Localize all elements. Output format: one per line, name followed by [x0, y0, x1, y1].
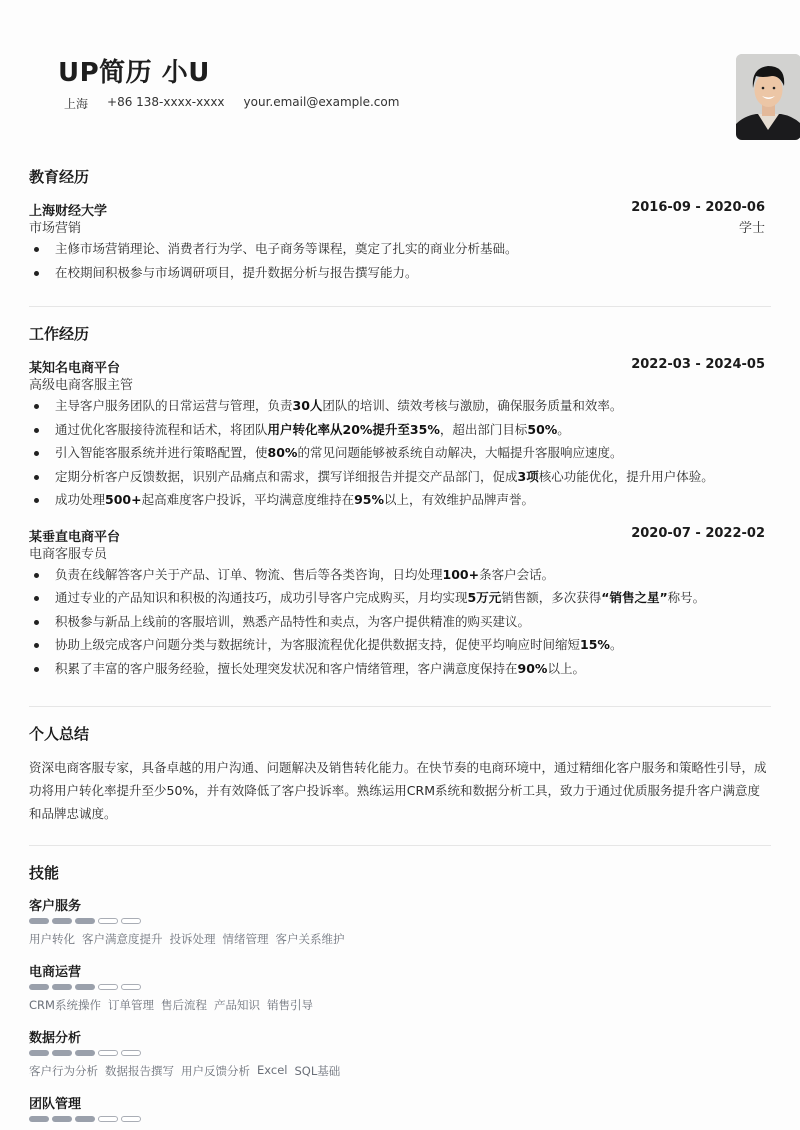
work-bullets: 负责在线解答客户关于产品、订单、物流、售后等各类咨询，日均处理100+条客户会话… [29, 563, 771, 681]
list-item: 在校期间积极参与市场调研项目，提升数据分析与报告撰写能力。 [29, 261, 771, 285]
list-item: 负责在线解答客户关于产品、订单、物流、售后等各类咨询，日均处理100+条客户会话… [29, 563, 771, 587]
level-segment-empty [121, 1116, 141, 1122]
skill-tag: 客户满意度提升 [82, 931, 163, 947]
section-title-skills: 技能 [29, 862, 771, 883]
bullet-text: 积极参与新品上线前的客服培训，熟悉产品特性和卖点，为客户提供精准的购买建议。 [55, 614, 530, 629]
section-divider [29, 306, 771, 307]
level-segment-empty [98, 1050, 118, 1056]
bullet-text: 引入智能客服系统并进行策略配置，使 [55, 445, 268, 460]
location: 上海 [64, 95, 88, 112]
skills-section: 技能 客户服务用户转化客户满意度提升投诉处理情绪管理客户关系维护电商运营CRM系… [29, 862, 771, 1130]
education-bullets: 主修市场营销理论、消费者行为学、电子商务等课程，奠定了扎实的商业分析基础。 在校… [29, 237, 771, 284]
bullet-text: 核心功能优化，提升用户体验。 [539, 469, 714, 484]
level-segment-filled [29, 1116, 49, 1122]
skill-name: 电商运营 [29, 961, 771, 979]
highlight-text: 100+ [443, 567, 480, 582]
level-segment-filled [52, 984, 72, 990]
bullet-text: 通过优化客服接待流程和话术，将团队 [55, 422, 268, 437]
level-segment-filled [52, 1116, 72, 1122]
highlight-text: 90% [518, 661, 548, 676]
bullet-text: 团队的培训、绩效考核与激励，确保服务质量和效率。 [322, 398, 622, 413]
contact-info: 上海 +86 138-xxxx-xxxx your.email@example.… [64, 95, 399, 112]
bullet-text: 协助上级完成客户问题分类与数据统计，为客服流程优化提供数据支持，促使平均响应时间… [55, 637, 580, 652]
section-divider [29, 845, 771, 846]
bullet-text: 通过专业的产品知识和积极的沟通技巧，成功引导客户完成购买，月均实现 [55, 590, 468, 605]
job-title: 高级电商客服主管 [29, 378, 133, 393]
education-section: 教育经历 上海财经大学 2016-09 - 2020-06 市场营销 学士 主修… [29, 166, 771, 284]
skill-tag: 客户行为分析 [29, 1063, 98, 1079]
skill-tag: 情绪管理 [223, 931, 269, 947]
education-date: 2016-09 - 2020-06 [631, 200, 765, 215]
level-segment-filled [75, 1050, 95, 1056]
highlight-text: 15% [580, 637, 610, 652]
resume-page: UP简历 小U 上海 +86 138-xxxx-xxxx your.email@… [0, 0, 800, 1130]
level-segment-empty [98, 918, 118, 924]
highlight-text: 500+ [105, 492, 142, 507]
skill-tag: 订单管理 [108, 997, 154, 1013]
highlight-text: 3项 [518, 469, 539, 484]
level-segment-empty [121, 1050, 141, 1056]
phone: +86 138-xxxx-xxxx [107, 95, 225, 112]
work-section: 工作经历 某知名电商平台 2022-03 - 2024-05 高级电商客服主管 … [29, 323, 771, 680]
major: 市场营销 [29, 221, 81, 236]
list-item: 成功处理500+起高难度客户投诉，平均满意度维持在95%以上，有效维护品牌声誉。 [29, 488, 771, 512]
level-segment-filled [29, 984, 49, 990]
bullet-text: 。 [610, 637, 623, 652]
skill-tag: Excel [257, 1063, 287, 1079]
list-item: 协助上级完成客户问题分类与数据统计，为客服流程优化提供数据支持，促使平均响应时间… [29, 633, 771, 657]
bullet-text: 主导客户服务团队的日常运营与管理，负责 [55, 398, 293, 413]
list-item: 定期分析客户反馈数据，识别产品痛点和需求，撰写详细报告并提交产品部门，促成3项核… [29, 465, 771, 489]
highlight-text: 用户转化率从20%提升至35% [268, 422, 440, 437]
skill-tag: 用户反馈分析 [181, 1063, 250, 1079]
email: your.email@example.com [244, 95, 400, 112]
skill-level-bar [29, 1116, 771, 1123]
bullet-text: 。 [557, 422, 570, 437]
bullet-text: ，超出部门目标 [440, 422, 528, 437]
work-date: 2022-03 - 2024-05 [631, 357, 765, 372]
bullet-text: 条客户会话。 [479, 567, 554, 582]
skill-tag: 销售引导 [267, 997, 313, 1013]
bullet-text: 起高难度客户投诉，平均满意度维持在 [142, 492, 355, 507]
highlight-text: 80% [268, 445, 298, 460]
level-segment-filled [75, 984, 95, 990]
skill-tags: 客户行为分析数据报告撰写用户反馈分析ExcelSQL基础 [29, 1063, 771, 1079]
skill-tag: CRM系统操作 [29, 997, 101, 1013]
highlight-text: 95% [354, 492, 384, 507]
skill-item: 团队管理 [29, 1093, 771, 1130]
skill-level-bar [29, 984, 771, 991]
work-bullets: 主导客户服务团队的日常运营与管理，负责30人团队的培训、绩效考核与激励，确保服务… [29, 394, 771, 512]
summary-section: 个人总结 资深电商客服专家，具备卓越的用户沟通、问题解决及销售转化能力。在快节奏… [29, 723, 771, 825]
skill-level-bar [29, 918, 771, 925]
level-segment-empty [121, 918, 141, 924]
bullet-text: 以上，有效维护品牌声誉。 [384, 492, 534, 507]
resume-header: UP简历 小U 上海 +86 138-xxxx-xxxx your.email@… [29, 0, 771, 150]
candidate-name: UP简历 小U [58, 52, 210, 89]
section-divider [29, 706, 771, 707]
skill-tags: 用户转化客户满意度提升投诉处理情绪管理客户关系维护 [29, 931, 771, 947]
skill-tag: 产品知识 [214, 997, 260, 1013]
skill-tag: 数据报告撰写 [105, 1063, 174, 1079]
level-segment-empty [121, 984, 141, 990]
education-entry: 上海财经大学 2016-09 - 2020-06 市场营销 学士 主修市场营销理… [29, 200, 771, 284]
highlight-text: 5万元 [468, 590, 502, 605]
level-segment-filled [29, 918, 49, 924]
section-title-work: 工作经历 [29, 323, 771, 344]
bullet-text: 定期分析客户反馈数据，识别产品痛点和需求，撰写详细报告并提交产品部门，促成 [55, 469, 518, 484]
skills-list: 客户服务用户转化客户满意度提升投诉处理情绪管理客户关系维护电商运营CRM系统操作… [29, 895, 771, 1130]
list-item: 通过优化客服接待流程和话术，将团队用户转化率从20%提升至35%，超出部门目标5… [29, 418, 771, 442]
skill-item: 电商运营CRM系统操作订单管理售后流程产品知识销售引导 [29, 961, 771, 1027]
section-title-summary: 个人总结 [29, 723, 771, 744]
portrait-icon [736, 54, 800, 140]
bullet-text: 负责在线解答客户关于产品、订单、物流、售后等各类咨询，日均处理 [55, 567, 443, 582]
section-title-education: 教育经历 [29, 166, 771, 187]
skill-item: 客户服务用户转化客户满意度提升投诉处理情绪管理客户关系维护 [29, 895, 771, 961]
profile-photo [736, 54, 800, 140]
list-item: 积累了丰富的客户服务经验，擅长处理突发状况和客户情绪管理，客户满意度保持在90%… [29, 657, 771, 681]
skill-tag: 售后流程 [161, 997, 207, 1013]
skill-name: 数据分析 [29, 1027, 771, 1045]
skill-name: 团队管理 [29, 1093, 771, 1111]
work-date: 2020-07 - 2022-02 [631, 526, 765, 541]
level-segment-empty [98, 984, 118, 990]
work-entry: 某知名电商平台 2022-03 - 2024-05 高级电商客服主管 主导客户服… [29, 357, 771, 512]
list-item: 主导客户服务团队的日常运营与管理，负责30人团队的培训、绩效考核与激励，确保服务… [29, 394, 771, 418]
bullet-text: 的常见问题能够被系统自动解决，大幅提升客服响应速度。 [297, 445, 622, 460]
level-segment-empty [98, 1116, 118, 1122]
skill-level-bar [29, 1050, 771, 1057]
work-entry: 某垂直电商平台 2020-07 - 2022-02 电商客服专员 负责在线解答客… [29, 526, 771, 681]
highlight-text: 50% [527, 422, 557, 437]
highlight-text: “销售之星” [601, 590, 667, 605]
highlight-text: 30人 [293, 398, 323, 413]
level-segment-filled [52, 918, 72, 924]
list-item: 积极参与新品上线前的客服培训，熟悉产品特性和卖点，为客户提供精准的购买建议。 [29, 610, 771, 634]
job-title: 电商客服专员 [29, 547, 107, 562]
bullet-text: 销售额，多次获得 [501, 590, 601, 605]
list-item: 通过专业的产品知识和积极的沟通技巧，成功引导客户完成购买，月均实现5万元销售额，… [29, 586, 771, 610]
list-item: 引入智能客服系统并进行策略配置，使80%的常见问题能够被系统自动解决，大幅提升客… [29, 441, 771, 465]
skill-tag: 投诉处理 [170, 931, 216, 947]
bullet-text: 成功处理 [55, 492, 105, 507]
skill-tag: 客户关系维护 [276, 931, 345, 947]
skill-tag: 用户转化 [29, 931, 75, 947]
degree: 学士 [739, 217, 765, 236]
level-segment-filled [29, 1050, 49, 1056]
bullet-text: 称号。 [668, 590, 706, 605]
level-segment-filled [52, 1050, 72, 1056]
level-segment-filled [75, 918, 95, 924]
skill-tag: SQL基础 [294, 1063, 340, 1079]
level-segment-filled [75, 1116, 95, 1122]
skill-item: 数据分析客户行为分析数据报告撰写用户反馈分析ExcelSQL基础 [29, 1027, 771, 1093]
skill-tags: CRM系统操作订单管理售后流程产品知识销售引导 [29, 997, 771, 1013]
list-item: 主修市场营销理论、消费者行为学、电子商务等课程，奠定了扎实的商业分析基础。 [29, 237, 771, 261]
bullet-text: 积累了丰富的客户服务经验，擅长处理突发状况和客户情绪管理，客户满意度保持在 [55, 661, 518, 676]
summary-text: 资深电商客服专家，具备卓越的用户沟通、问题解决及销售转化能力。在快节奏的电商环境… [29, 756, 769, 825]
bullet-text: 以上。 [547, 661, 585, 676]
skill-name: 客户服务 [29, 895, 771, 913]
